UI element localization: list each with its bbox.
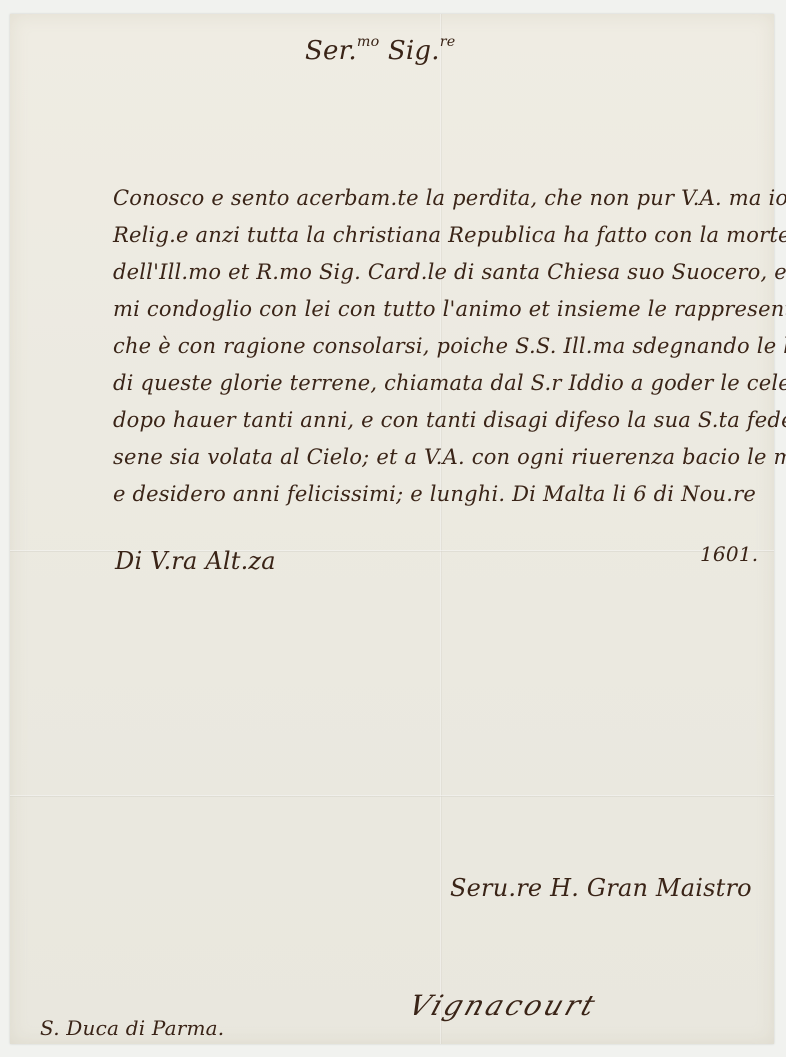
- body-line-9: e desidero anni felicissimi; e lunghi. D…: [113, 482, 756, 506]
- closing-formula: Di V.ra Alt.za: [115, 547, 276, 575]
- addressee-line: S. Duca di Parma.: [40, 1016, 224, 1040]
- signature-title: Seru.re H. Gran Maistro: [450, 874, 752, 902]
- body-line-5: che è con ragione consolarsi, poiche S.S…: [113, 334, 786, 358]
- body-line-8: sene sia volata al Cielo; et a V.A. con …: [113, 445, 786, 469]
- body-line-7: dopo hauer tanti anni, e con tanti disag…: [113, 408, 786, 432]
- salutation-text-2: Sig.: [379, 36, 439, 66]
- date-year: 1601.: [700, 542, 758, 566]
- salutation-superscript-1: mo: [357, 34, 380, 50]
- salutation-superscript-2: re: [440, 34, 456, 50]
- body-line-3: dell'Ill.mo et R.mo Sig. Card.le di sant…: [113, 260, 786, 284]
- letter-page: Ser.mo Sig.re Conosco e sento acerbam.te…: [10, 14, 774, 1044]
- body-line-1: Conosco e sento acerbam.te la perdita, c…: [113, 186, 786, 210]
- salutation-heading: Ser.mo Sig.re: [305, 34, 455, 66]
- vertical-fold-crease: [440, 14, 442, 1044]
- body-line-4: mi condoglio con lei con tutto l'animo e…: [113, 297, 786, 321]
- salutation-text: Ser.: [305, 36, 357, 66]
- body-line-2: Relig.e anzi tutta la christiana Republi…: [113, 223, 786, 247]
- autograph-signature: Vignacourt: [405, 989, 602, 1022]
- body-line-6: di queste glorie terrene, chiamata dal S…: [113, 371, 786, 395]
- horizontal-fold-crease-lower: [10, 795, 774, 797]
